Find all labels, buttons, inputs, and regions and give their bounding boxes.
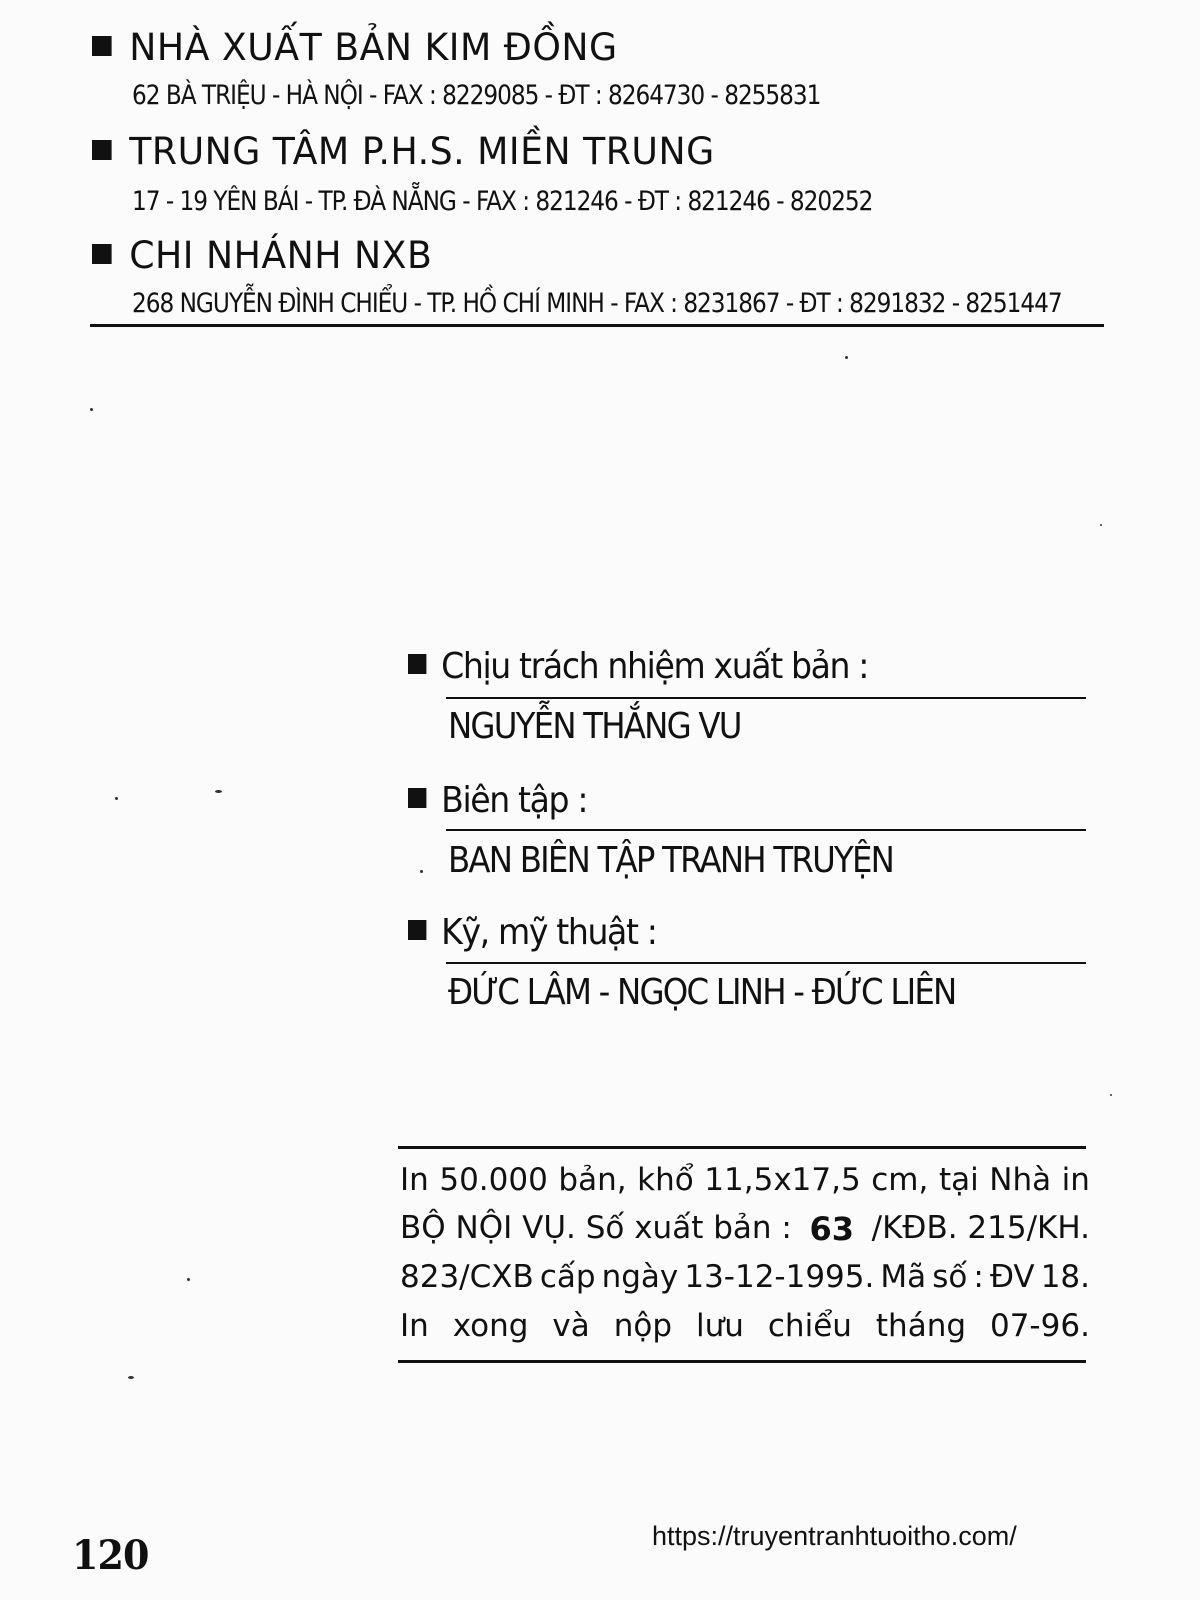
site-url-link[interactable]: https://truyentranhtuoitho.com/ <box>652 1521 1017 1552</box>
colophon-line-1: In 50.000 bản, khổ 11,5x17,5 cm, tại Nhà… <box>400 1162 1090 1198</box>
word: In <box>400 1162 429 1198</box>
scan-speck <box>128 1376 134 1379</box>
credit-label-text: Biên tập : <box>441 780 587 821</box>
square-bullet-icon <box>408 788 426 808</box>
colophon-line-2: BỘ NỘI VỤ. Số xuất bản : 63 /KĐB. 215/KH… <box>400 1210 1090 1248</box>
publisher-name: NHÀ XUẤT BẢN KIM ĐỒNG <box>129 26 617 69</box>
divider <box>446 962 1086 964</box>
publishing-number: 63 <box>809 1210 854 1248</box>
word: chiểu <box>768 1308 852 1344</box>
square-bullet-icon <box>408 920 426 940</box>
scan-speck <box>215 790 222 793</box>
credit-label: Biên tập : <box>408 780 587 821</box>
divider <box>90 324 1104 327</box>
square-bullet-icon <box>92 36 112 56</box>
word: ĐV <box>990 1259 1035 1295</box>
word: số <box>932 1259 967 1295</box>
publisher-heading: NHÀ XUẤT BẢN KIM ĐỒNG <box>92 26 618 69</box>
credit-value: NGUYỄN THẮNG VU <box>448 706 741 747</box>
credit-label-text: Chịu trách nhiệm xuất bản : <box>441 646 868 687</box>
square-bullet-icon <box>92 140 112 160</box>
credit-value: BAN BIÊN TẬP TRANH TRUYỆN <box>448 840 893 881</box>
credit-label-text: Kỹ, mỹ thuật : <box>441 912 656 953</box>
word: khổ <box>637 1162 694 1198</box>
page-number: 120 <box>72 1532 148 1579</box>
word: 823/CXB <box>400 1259 534 1295</box>
publisher-address: 17 - 19 YÊN BÁI - TP. ĐÀ NẴNG - FAX : 82… <box>132 186 872 217</box>
word: lưu <box>696 1308 744 1344</box>
credit-value: ĐỨC LÂM - NGỌC LINH - ĐỨC LIÊN <box>448 972 955 1013</box>
publisher-address: 62 BÀ TRIỆU - HÀ NỘI - FAX : 8229085 - Đ… <box>132 80 820 111</box>
square-bullet-icon <box>92 244 112 264</box>
publisher-name: CHI NHÁNH NXB <box>129 234 432 277</box>
divider <box>398 1360 1086 1363</box>
word: và <box>552 1308 589 1344</box>
scan-speck <box>420 870 423 873</box>
scan-speck <box>1110 1094 1112 1096</box>
scan-speck <box>90 408 93 411</box>
publisher-name: TRUNG TÂM P.H.S. MIỀN TRUNG <box>129 130 714 173</box>
registration-code: /KĐB. 215/KH. <box>872 1210 1090 1248</box>
colophon-line-3: 823/CXB cấp ngày 13-12-1995. Mã số : ĐV … <box>400 1259 1090 1295</box>
word: 18. <box>1041 1259 1090 1295</box>
word: 11,5x17,5 <box>704 1162 860 1198</box>
publisher-heading: TRUNG TÂM P.H.S. MIỀN TRUNG <box>92 130 715 173</box>
publisher-heading: CHI NHÁNH NXB <box>92 234 432 277</box>
publisher-address: 268 NGUYỄN ĐÌNH CHIỂU - TP. HỒ CHÍ MINH … <box>132 288 1062 319</box>
credit-label: Chịu trách nhiệm xuất bản : <box>408 646 868 687</box>
scan-speck <box>845 356 848 359</box>
word: 50.000 <box>439 1162 547 1198</box>
word: nộp <box>614 1308 672 1344</box>
colophon-line-4: In xong và nộp lưu chiểu tháng 07-96. <box>400 1308 1090 1344</box>
square-bullet-icon <box>408 654 426 674</box>
word: In <box>400 1308 429 1344</box>
word: Mã <box>880 1259 926 1295</box>
word: tại <box>939 1162 979 1198</box>
word: in <box>1062 1162 1090 1198</box>
scan-speck <box>187 1278 190 1281</box>
scan-speck <box>115 797 118 800</box>
scan-speck <box>1100 524 1102 526</box>
word: ngày <box>602 1259 679 1295</box>
word: tháng <box>876 1308 966 1344</box>
word: bản, <box>558 1162 626 1198</box>
divider <box>446 697 1086 699</box>
word: Nhà <box>989 1162 1051 1198</box>
word: xong <box>453 1308 529 1344</box>
word: : <box>973 1259 983 1295</box>
publishing-number-label: BỘ NỘI VỤ. Số xuất bản : <box>400 1210 792 1248</box>
word: cm, <box>871 1162 928 1198</box>
divider <box>446 829 1086 831</box>
word: 13-12-1995. <box>684 1259 874 1295</box>
word: cấp <box>540 1259 596 1295</box>
credit-label: Kỹ, mỹ thuật : <box>408 912 657 953</box>
word: 07-96. <box>990 1308 1090 1344</box>
divider <box>398 1146 1086 1149</box>
